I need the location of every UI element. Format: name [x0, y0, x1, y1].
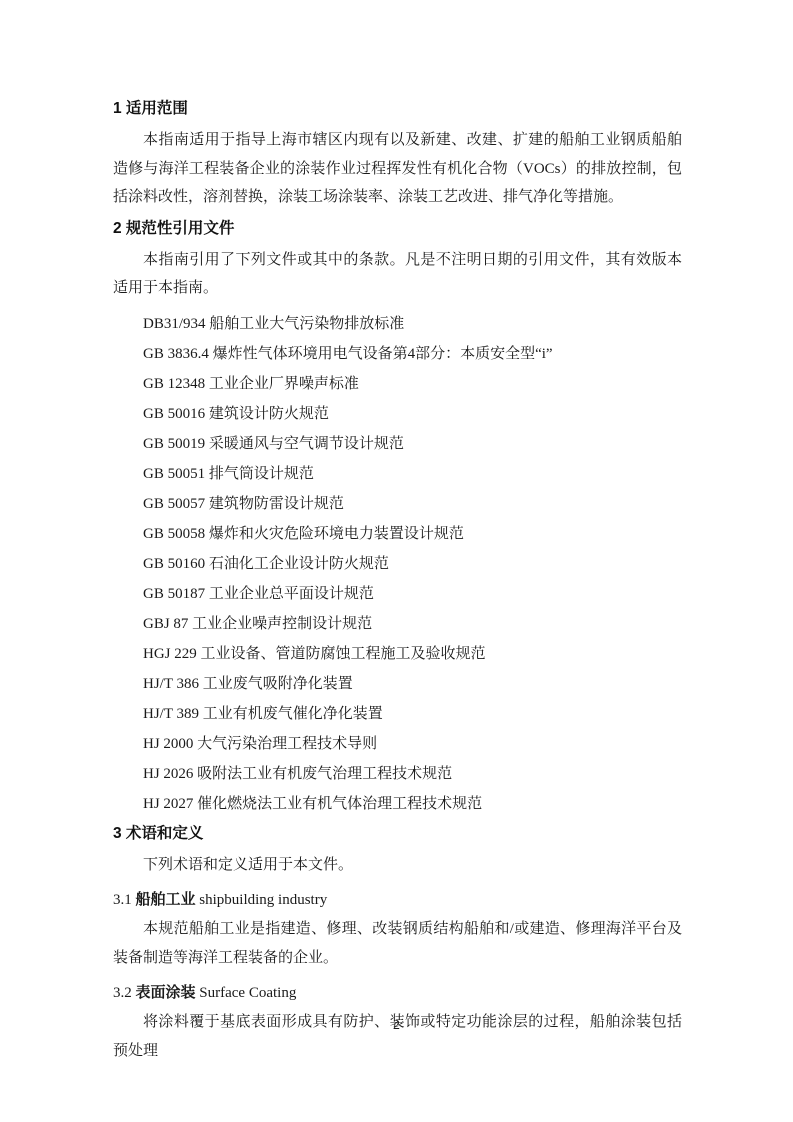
term-3-2-line: 3.2 表面涂装 Surface Coating [113, 978, 682, 1008]
term-number: 3.2 [113, 985, 132, 1001]
term-zh-label: 船舶工业 [136, 891, 196, 908]
reference-item: GB 12348 工业企业厂界噪声标准 [143, 369, 682, 399]
reference-item: GB 3836.4 爆炸性气体环境用电气设备第4部分：本质安全型“i” [143, 339, 682, 369]
page-number: 2 [0, 1018, 793, 1034]
reference-item: GB 50057 建筑物防雷设计规范 [143, 489, 682, 519]
section-1-paragraph: 本指南适用于指导上海市辖区内现有以及新建、改建、扩建的船舶工业钢质船舶造修与海洋… [113, 126, 682, 212]
reference-item: GBJ 87 工业企业噪声控制设计规范 [143, 609, 682, 639]
term-3-1-line: 3.1 船舶工业 shipbuilding industry [113, 885, 682, 915]
reference-item: HJ/T 386 工业废气吸附净化装置 [143, 669, 682, 699]
reference-list: DB31/934 船舶工业大气污染物排放标准 GB 3836.4 爆炸性气体环境… [113, 309, 682, 819]
section-3-paragraph: 下列术语和定义适用于本文件。 [113, 851, 682, 880]
reference-item: GB 50160 石油化工企业设计防火规范 [143, 549, 682, 579]
term-3-2-definition: 将涂料覆于基底表面形成具有防护、装饰或特定功能涂层的过程，船舶涂装包括预处理 [113, 1008, 682, 1065]
reference-item: GB 50058 爆炸和火灾危险环境电力装置设计规范 [143, 519, 682, 549]
reference-item: HJ/T 389 工业有机废气催化净化装置 [143, 699, 682, 729]
document-page: 1 适用范围 本指南适用于指导上海市辖区内现有以及新建、改建、扩建的船舶工业钢质… [0, 0, 793, 1122]
section-2-heading: 2 规范性引用文件 [113, 218, 682, 240]
reference-item: HJ 2027 催化燃烧法工业有机气体治理工程技术规范 [143, 789, 682, 819]
reference-item: HJ 2026 吸附法工业有机废气治理工程技术规范 [143, 759, 682, 789]
term-en-label: Surface Coating [199, 985, 296, 1001]
reference-item: DB31/934 船舶工业大气污染物排放标准 [143, 309, 682, 339]
reference-item: GB 50051 排气筒设计规范 [143, 459, 682, 489]
reference-item: HGJ 229 工业设备、管道防腐蚀工程施工及验收规范 [143, 639, 682, 669]
section-3-heading: 3 术语和定义 [113, 823, 682, 845]
section-1-heading: 1 适用范围 [113, 98, 682, 120]
reference-item: HJ 2000 大气污染治理工程技术导则 [143, 729, 682, 759]
document-content: 1 适用范围 本指南适用于指导上海市辖区内现有以及新建、改建、扩建的船舶工业钢质… [113, 94, 682, 1069]
reference-item: GB 50016 建筑设计防火规范 [143, 399, 682, 429]
term-3-1-definition: 本规范船舶工业是指建造、修理、改装钢质结构船舶和/或建造、修理海洋平台及装备制造… [113, 915, 682, 972]
term-en-label: shipbuilding industry [199, 892, 327, 908]
section-2-paragraph: 本指南引用了下列文件或其中的条款。凡是不注明日期的引用文件，其有效版本适用于本指… [113, 246, 682, 303]
term-number: 3.1 [113, 892, 132, 908]
reference-item: GB 50187 工业企业总平面设计规范 [143, 579, 682, 609]
reference-item: GB 50019 采暖通风与空气调节设计规范 [143, 429, 682, 459]
term-zh-label: 表面涂装 [136, 984, 196, 1001]
